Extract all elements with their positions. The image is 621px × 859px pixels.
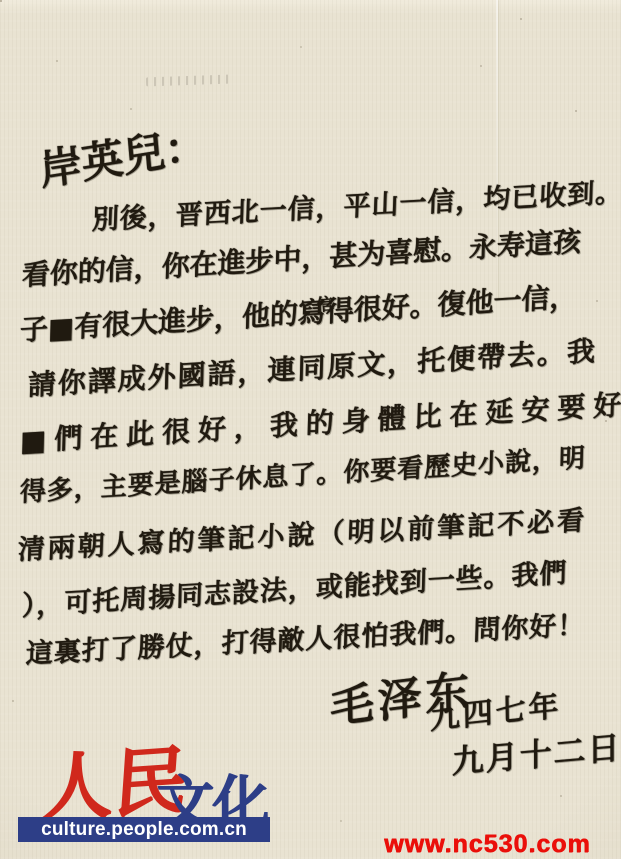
letter-salutation: 岸英兒：	[37, 112, 208, 198]
nc530-url-watermark: www.nc530.com	[384, 830, 591, 859]
people-culture-url-banner: culture.people.com.cn	[18, 817, 270, 842]
paper-speckles	[0, 0, 2, 2]
inserted-correction-char: 信	[315, 290, 334, 316]
letter-scan-image: 岸英兒： 別後，晋西北一信，平山一信，均已收到。 看你的信，你在進步中，甚为喜慰…	[0, 0, 621, 859]
faint-pencil-marks	[146, 75, 230, 87]
